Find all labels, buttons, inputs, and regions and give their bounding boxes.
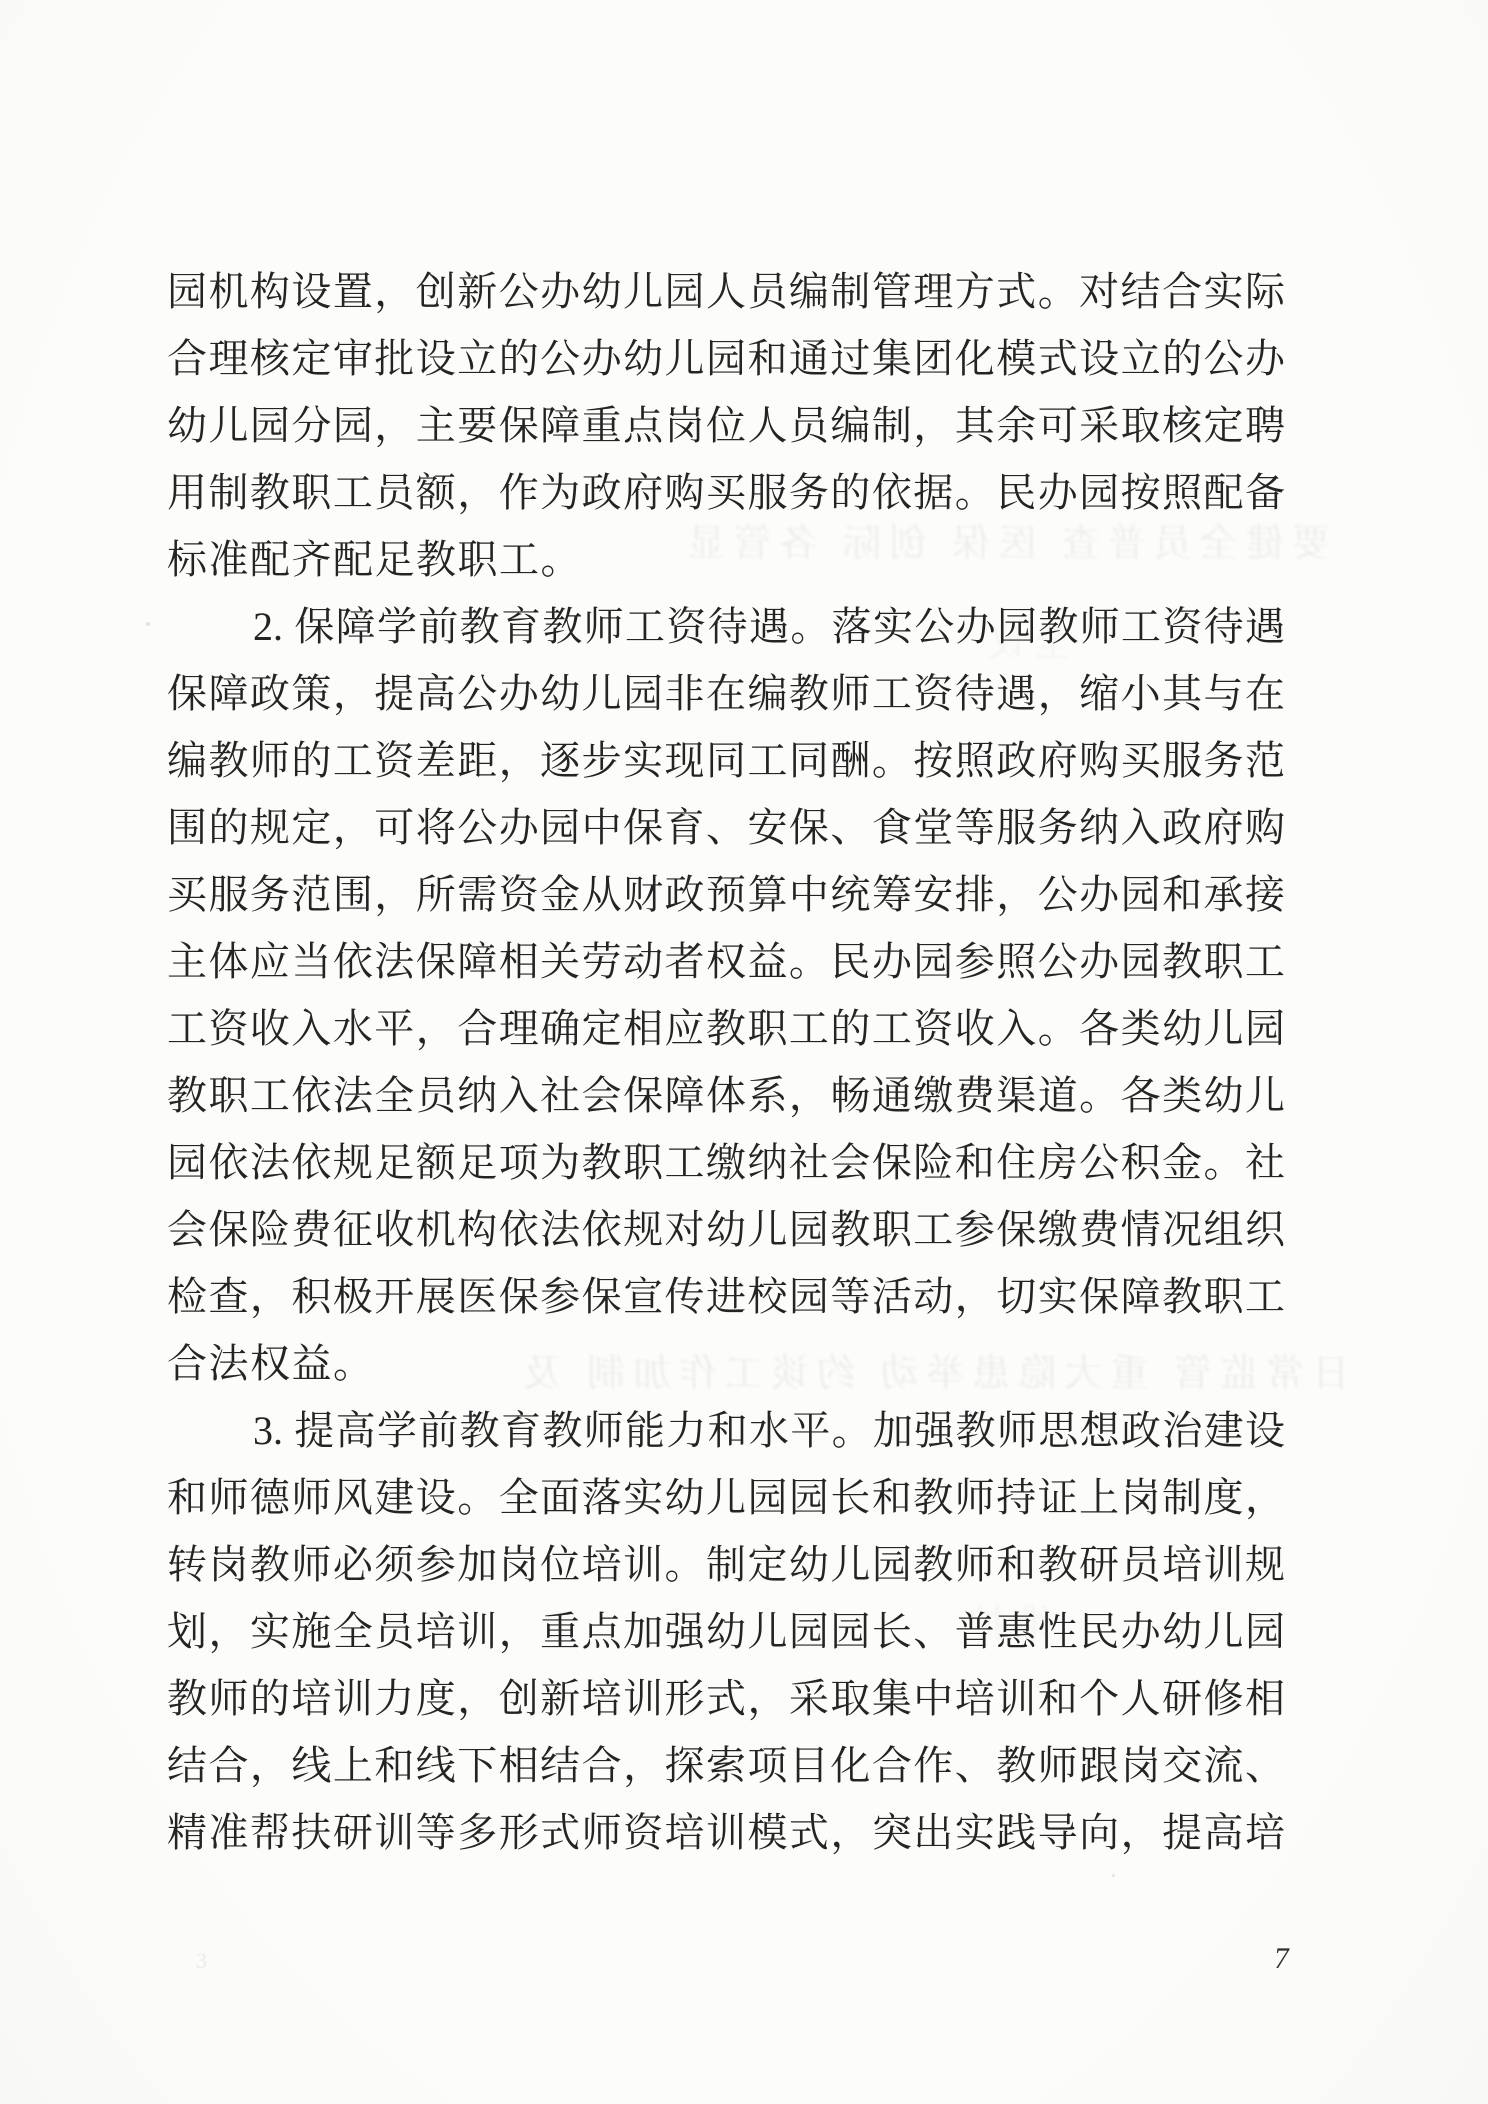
text-line-item-2: 2. 保障学前教育教师工资待遇。落实公办园教师工资待遇: [167, 593, 1285, 660]
document-body: 园机构设置，创新公办幼儿园人员编制管理方式。对结合实际 合理核定审批设立的公办幼…: [167, 258, 1285, 1866]
scan-speckle: [146, 622, 150, 626]
text-line: 转岗教师必须参加岗位培训。制定幼儿园教师和教研员培训规: [167, 1531, 1285, 1598]
text-line: 教职工依法全员纳入社会保障体系，畅通缴费渠道。各类幼儿: [167, 1062, 1285, 1129]
text-line: 合理核定审批设立的公办幼儿园和通过集团化模式设立的公办: [167, 325, 1285, 392]
text-line: 工资收入水平，合理确定相应教职工的工资收入。各类幼儿园: [167, 995, 1285, 1062]
text-line: 围的规定，可将公办园中保育、安保、食堂等服务纳入政府购: [167, 794, 1285, 861]
text-line: 精准帮扶研训等多形式师资培训模式，突出实践导向，提高培: [167, 1799, 1285, 1866]
text-line-item-3: 3. 提高学前教育教师能力和水平。加强教师思想政治建设: [167, 1397, 1285, 1464]
text-line: 主体应当依法保障相关劳动者权益。民办园参照公办园教职工: [167, 928, 1285, 995]
text-line: 会保险费征收机构依法依规对幼儿园教职工参保缴费情况组织: [167, 1196, 1285, 1263]
text-line: 检查，积极开展医保参保宣传进校园等活动，切实保障教职工: [167, 1263, 1285, 1330]
text-line: 买服务范围，所需资金从财政预算中统筹安排，公办园和承接: [167, 861, 1285, 928]
text-line: 用制教职工员额，作为政府购买服务的依据。民办园按照配备: [167, 459, 1285, 526]
scanned-document-page: 园机构设置，创新公办幼儿园人员编制管理方式。对结合实际 合理核定审批设立的公办幼…: [0, 0, 1488, 2104]
text-line: 园依法依规足额足项为教职工缴纳社会保险和住房公积金。社: [167, 1129, 1285, 1196]
text-line: 编教师的工资差距，逐步实现同工同酬。按照政府购买服务范: [167, 727, 1285, 794]
text-line-paragraph-end: 标准配齐配足教职工。: [167, 526, 1285, 593]
faint-scan-mark: 3: [196, 1948, 207, 1974]
text-line: 和师德师风建设。全面落实幼儿园园长和教师持证上岗制度，: [167, 1464, 1285, 1531]
text-line-paragraph-end: 合法权益。: [167, 1330, 1285, 1397]
text-line: 幼儿园分园，主要保障重点岗位人员编制，其余可采取核定聘: [167, 392, 1285, 459]
text-line: 保障政策，提高公办幼儿园非在编教师工资待遇，缩小其与在: [167, 660, 1285, 727]
text-line: 结合，线上和线下相结合，探索项目化合作、教师跟岗交流、: [167, 1732, 1285, 1799]
text-line: 园机构设置，创新公办幼儿园人员编制管理方式。对结合实际: [167, 258, 1285, 325]
text-line: 教师的培训力度，创新培训形式，采取集中培训和个人研修相: [167, 1665, 1285, 1732]
page-number: 7: [1272, 1942, 1292, 1976]
scan-speckle: [1112, 1874, 1115, 1877]
text-line: 划，实施全员培训，重点加强幼儿园园长、普惠性民办幼儿园: [167, 1598, 1285, 1665]
